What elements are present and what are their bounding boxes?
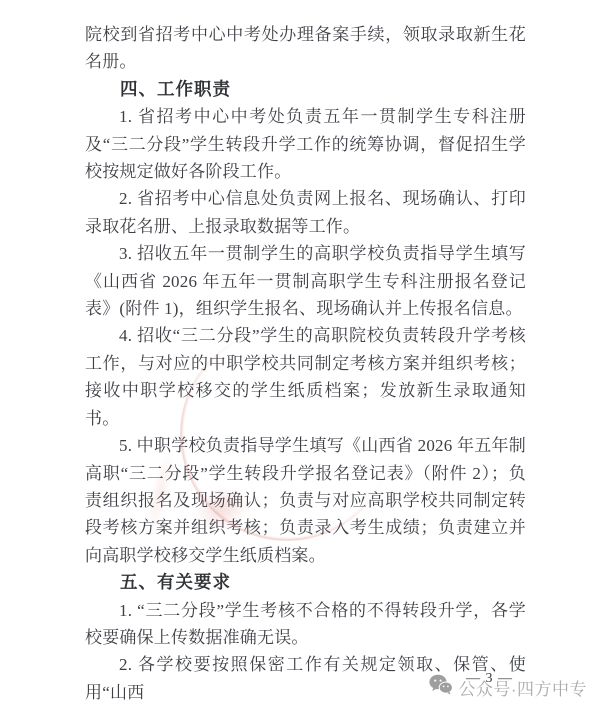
section-heading-requirements: 五、有关要求 bbox=[85, 569, 526, 596]
document-page: 院校到省招考中心中考处办理备案手续，领取录取新生花名册。 四、工作职责 1. 省… bbox=[0, 0, 605, 715]
paragraph-duty-3: 3. 招收五年一贯制学生的高职学校负责指导学生填写《山西省 2026 年五年一贯… bbox=[85, 240, 526, 322]
continuation-paragraph: 院校到省招考中心中考处办理备案手续，领取录取新生花名册。 bbox=[85, 21, 526, 76]
paragraph-duty-1: 1. 省招考中心中考处负责五年一贯制学生专科注册及“三二分段”学生转段升学工作的… bbox=[85, 103, 526, 185]
paragraph-duty-2: 2. 省招考中心信息处负责网上报名、现场确认、打印录取花名册、上报录取数据等工作… bbox=[85, 185, 526, 240]
section-heading-duties: 四、工作职责 bbox=[85, 76, 526, 103]
paragraph-requirement-1: 1. “三二分段”学生考核不合格的不得转段升学，各学校要确保上传数据准确无误。 bbox=[85, 597, 526, 652]
paragraph-duty-4: 4. 招收“三二分段”学生的高职院校负责转段升学考核工作，与对应的中职学校共同制… bbox=[85, 322, 526, 432]
paragraph-duty-5: 5. 中职学校负责指导学生填写《山西省 2026 年五年制高职“三二分段”学生转… bbox=[85, 432, 526, 569]
document-body: 院校到省招考中心中考处办理备案手续，领取录取新生花名册。 四、工作职责 1. 省… bbox=[85, 21, 526, 706]
page-number: — 3 — bbox=[466, 671, 513, 687]
wechat-icon bbox=[429, 674, 453, 700]
